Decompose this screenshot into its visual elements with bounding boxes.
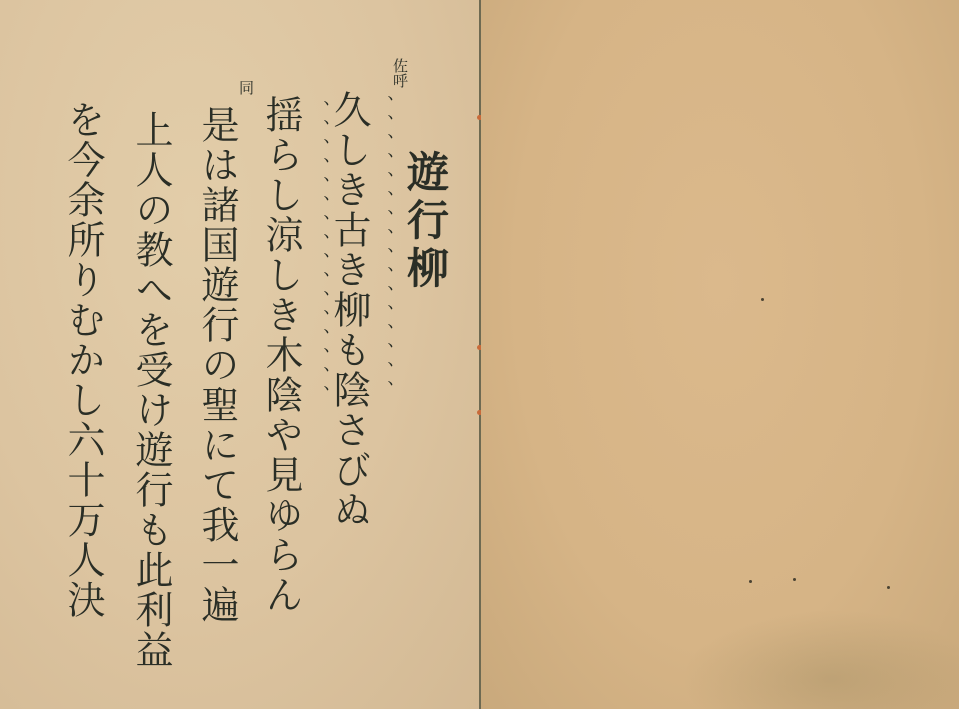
book-spread: 佐呼 遊行柳 、、、、、、、、、、、、、、、、 久しき古き柳も陰さびぬ 、、、、…	[0, 0, 959, 709]
chant-marks-2: 、、、、、、、、、、、、、、、、	[306, 100, 332, 413]
paper-speck	[793, 578, 796, 581]
chant-marks-1: 、、、、、、、、、、、、、、、、	[370, 95, 396, 408]
speaker-mark: 同	[238, 80, 253, 95]
right-page-blank	[481, 0, 959, 709]
text-column-4: 上人の教へを受け遊行も此利益	[132, 110, 170, 670]
role-label: 佐呼	[392, 58, 407, 88]
text-column-2: 揺らし涼しき木陰や見ゆらん	[262, 95, 300, 615]
text-column-3: 是は諸国遊行の聖にて我一遍	[198, 105, 236, 625]
left-page: 佐呼 遊行柳 、、、、、、、、、、、、、、、、 久しき古き柳も陰さびぬ 、、、、…	[0, 0, 479, 709]
paper-speck	[761, 298, 764, 301]
page-title: 遊行柳	[404, 150, 446, 294]
text-column-1: 久しき古き柳も陰さびぬ	[330, 90, 368, 530]
text-column-5: を今余所りむかし六十万人決	[64, 100, 102, 620]
paper-speck	[749, 580, 752, 583]
paper-speck	[887, 586, 890, 589]
